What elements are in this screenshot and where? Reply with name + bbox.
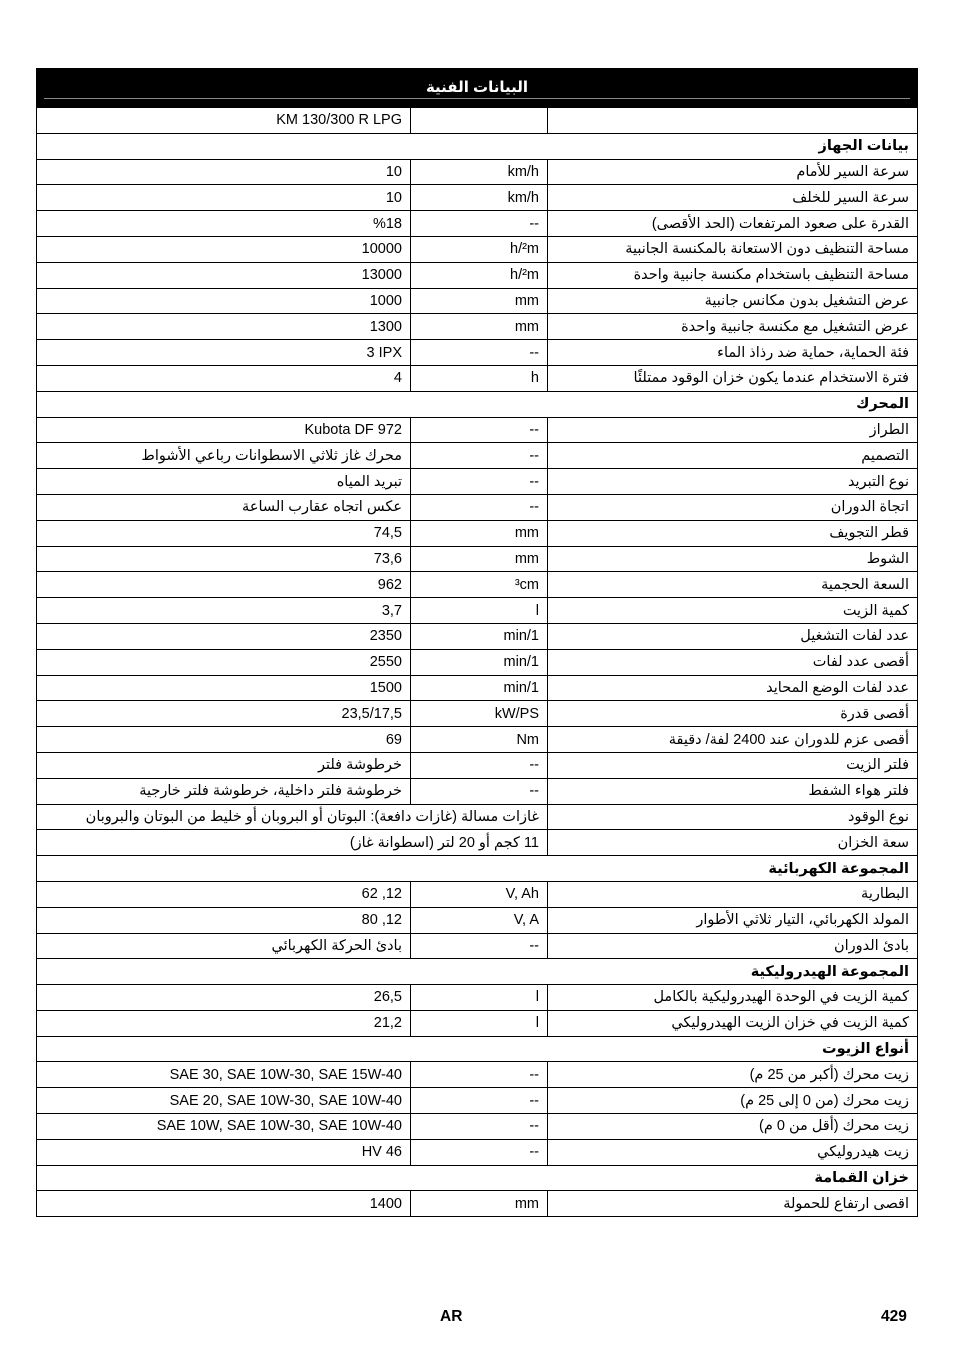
spec-value: 4 <box>37 365 411 391</box>
spec-label: اتجاة الدوران <box>548 494 918 520</box>
spec-label: البطارية <box>548 881 918 907</box>
spec-label: القدرة على صعود المرتفعات (الحد الأقصى) <box>548 211 918 237</box>
spec-row: HV 46--زيت هيدروليكي <box>37 1139 918 1165</box>
spec-label: زيت محرك (من 0 إلى 25 م) <box>548 1088 918 1114</box>
spec-row: 21,2lكمية الزيت في خزان الزيت الهيدروليك… <box>37 1010 918 1036</box>
technical-data-sheet: البيانات الفنية KM 130/300 R LPG بيانات … <box>36 68 918 1217</box>
spec-row: %18--القدرة على صعود المرتفعات (الحد الأ… <box>37 211 918 237</box>
section-title: أنواع الزيوت <box>37 1036 918 1062</box>
model-label <box>548 108 918 134</box>
spec-unit: Nm <box>411 727 548 753</box>
spec-unit: l <box>411 985 548 1011</box>
spec-value: خرطوشة فلتر داخلية، خرطوشة فلتر خارجية <box>37 778 411 804</box>
spec-label: السعة الحجمية <box>548 572 918 598</box>
spec-label: عرض التشغيل مع مكنسة جانبية واحدة <box>548 314 918 340</box>
spec-unit: l <box>411 598 548 624</box>
spec-value: 3 IPX <box>37 340 411 366</box>
spec-value: 1400 <box>37 1191 411 1217</box>
spec-row: 26,5lكمية الزيت في الوحدة الهيدروليكية ب… <box>37 985 918 1011</box>
spec-row: 11 كجم أو 20 لتر (اسطوانة غاز)سعة الخزان <box>37 830 918 856</box>
spec-value: SAE 10W, SAE 10W-30, SAE 10W-40 <box>37 1114 411 1140</box>
spec-row: 73,6mmالشوط <box>37 546 918 572</box>
spec-unit: mm <box>411 546 548 572</box>
spec-row: 23,5/17,5kW/PSأقصى قدرة <box>37 701 918 727</box>
section-header-row: خزان القمامة <box>37 1165 918 1191</box>
section-header-row: المحرك <box>37 391 918 417</box>
spec-unit: ³cm <box>411 572 548 598</box>
spec-value: تبريد المياه <box>37 469 411 495</box>
section-header-row: أنواع الزيوت <box>37 1036 918 1062</box>
spec-row: 2350min/1عدد لفات التشغيل <box>37 623 918 649</box>
spec-unit: mm <box>411 1191 548 1217</box>
spec-label: كمية الزيت في الوحدة الهيدروليكية بالكام… <box>548 985 918 1011</box>
spec-label: زيت محرك (أقل من 0 م) <box>548 1114 918 1140</box>
spec-value: 1300 <box>37 314 411 340</box>
spec-value: SAE 30, SAE 10W-30, SAE 15W-40 <box>37 1062 411 1088</box>
spec-label: فئة الحماية، حماية ضد رذاذ الماء <box>548 340 918 366</box>
spec-label: الطراز <box>548 417 918 443</box>
spec-unit: -- <box>411 443 548 469</box>
spec-value: محرك غاز ثلاثي الاسطوانات رباعي الأشواط <box>37 443 411 469</box>
spec-label: مساحة التنظيف باستخدام مكنسة جانبية واحد… <box>548 262 918 288</box>
spec-value: 26,5 <box>37 985 411 1011</box>
spec-value: بادئ الحركة الكهربائي <box>37 933 411 959</box>
spec-label: الشوط <box>548 546 918 572</box>
spec-unit: h/²m <box>411 262 548 288</box>
spec-label: التصميم <box>548 443 918 469</box>
spec-label: نوع التبريد <box>548 469 918 495</box>
table-title-band: البيانات الفنية <box>36 68 918 107</box>
table-title: البيانات الفنية <box>36 78 918 96</box>
spec-value: 3,7 <box>37 598 411 624</box>
spec-value: عكس اتجاه عقارب الساعة <box>37 494 411 520</box>
spec-unit: -- <box>411 469 548 495</box>
title-divider <box>44 98 910 99</box>
spec-unit: mm <box>411 314 548 340</box>
spec-label: عدد لفات التشغيل <box>548 623 918 649</box>
spec-row: 74,5mmقطر التجويف <box>37 520 918 546</box>
spec-value: HV 46 <box>37 1139 411 1165</box>
spec-unit: h <box>411 365 548 391</box>
spec-row: 1500min/1عدد لفات الوضع المحايد <box>37 675 918 701</box>
spec-value: 80 ,12 <box>37 907 411 933</box>
spec-row: 10km/hسرعة السير للأمام <box>37 159 918 185</box>
spec-label: سرعة السير للخلف <box>548 185 918 211</box>
footer-language: AR <box>440 1308 462 1326</box>
spec-label: كمية الزيت <box>548 598 918 624</box>
spec-label: زيت محرك (أكبر من 25 م) <box>548 1062 918 1088</box>
spec-value: 69 <box>37 727 411 753</box>
spec-row: 1300mmعرض التشغيل مع مكنسة جانبية واحدة <box>37 314 918 340</box>
spec-label: مساحة التنظيف دون الاستعانة بالمكنسة الج… <box>548 236 918 262</box>
spec-value: 21,2 <box>37 1010 411 1036</box>
spec-row: خرطوشة فلتر داخلية، خرطوشة فلتر خارجية--… <box>37 778 918 804</box>
spec-label: أقصى عدد لفات <box>548 649 918 675</box>
spec-label: عدد لفات الوضع المحايد <box>548 675 918 701</box>
section-header-row: المجموعة الكهربائية <box>37 856 918 882</box>
spec-unit: -- <box>411 1088 548 1114</box>
spec-value: غازات مسالة (غازات دافعة): البوتان أو ال… <box>37 804 548 830</box>
spec-unit: km/h <box>411 159 548 185</box>
spec-label: بادئ الدوران <box>548 933 918 959</box>
spec-row: تبريد المياه--نوع التبريد <box>37 469 918 495</box>
spec-value: 1500 <box>37 675 411 701</box>
spec-row: 13000h/²mمساحة التنظيف باستخدام مكنسة جا… <box>37 262 918 288</box>
spec-row: 962³cmالسعة الحجمية <box>37 572 918 598</box>
spec-value: 10000 <box>37 236 411 262</box>
spec-label: قطر التجويف <box>548 520 918 546</box>
spec-row: خرطوشة فلتر--فلتر الزيت <box>37 752 918 778</box>
spec-row: 69Nmأقصى عزم للدوران عند 2400 لفة/ دقيقة <box>37 727 918 753</box>
spec-value: خرطوشة فلتر <box>37 752 411 778</box>
spec-unit: -- <box>411 494 548 520</box>
spec-unit: min/1 <box>411 675 548 701</box>
spec-value: 1000 <box>37 288 411 314</box>
spec-row: محرك غاز ثلاثي الاسطوانات رباعي الأشواط-… <box>37 443 918 469</box>
spec-row: SAE 30, SAE 10W-30, SAE 15W-40--زيت محرك… <box>37 1062 918 1088</box>
spec-unit: -- <box>411 1114 548 1140</box>
spec-row: بادئ الحركة الكهربائي--بادئ الدوران <box>37 933 918 959</box>
model-row: KM 130/300 R LPG <box>37 108 918 134</box>
spec-unit: min/1 <box>411 623 548 649</box>
spec-label: كمية الزيت في خزان الزيت الهيدروليكي <box>548 1010 918 1036</box>
spec-row: غازات مسالة (غازات دافعة): البوتان أو ال… <box>37 804 918 830</box>
spec-value: 13000 <box>37 262 411 288</box>
spec-row: 10km/hسرعة السير للخلف <box>37 185 918 211</box>
spec-label: فلتر الزيت <box>548 752 918 778</box>
spec-unit: -- <box>411 211 548 237</box>
spec-value: 2550 <box>37 649 411 675</box>
spec-label: أقصى قدرة <box>548 701 918 727</box>
spec-unit: km/h <box>411 185 548 211</box>
spec-row: 10000h/²mمساحة التنظيف دون الاستعانة بال… <box>37 236 918 262</box>
spec-value: 74,5 <box>37 520 411 546</box>
section-title: المحرك <box>37 391 918 417</box>
spec-value: 2350 <box>37 623 411 649</box>
model-unit <box>411 108 548 134</box>
spec-unit: -- <box>411 1139 548 1165</box>
spec-row: 62 ,12V, Ahالبطارية <box>37 881 918 907</box>
spec-label: عرض التشغيل بدون مكانس جانبية <box>548 288 918 314</box>
spec-label: سرعة السير للأمام <box>548 159 918 185</box>
spec-label: فلتر هواء الشفط <box>548 778 918 804</box>
spec-value: 73,6 <box>37 546 411 572</box>
spec-value: 23,5/17,5 <box>37 701 411 727</box>
spec-unit: -- <box>411 752 548 778</box>
spec-row: SAE 10W, SAE 10W-30, SAE 10W-40--زيت محر… <box>37 1114 918 1140</box>
spec-unit: kW/PS <box>411 701 548 727</box>
spec-unit: -- <box>411 1062 548 1088</box>
page-number: 429 <box>881 1308 907 1326</box>
spec-unit: -- <box>411 778 548 804</box>
spec-row: 3 IPX--فئة الحماية، حماية ضد رذاذ الماء <box>37 340 918 366</box>
spec-table: KM 130/300 R LPG بيانات الجهاز10km/hسرعة… <box>36 107 918 1217</box>
model-name: KM 130/300 R LPG <box>37 108 411 134</box>
spec-value: SAE 20, SAE 10W-30, SAE 10W-40 <box>37 1088 411 1114</box>
section-title: بيانات الجهاز <box>37 133 918 159</box>
spec-row: 1000mmعرض التشغيل بدون مكانس جانبية <box>37 288 918 314</box>
spec-label: سعة الخزان <box>548 830 918 856</box>
spec-value: 10 <box>37 159 411 185</box>
spec-value: Kubota DF 972 <box>37 417 411 443</box>
spec-unit: -- <box>411 340 548 366</box>
section-header-row: بيانات الجهاز <box>37 133 918 159</box>
spec-label: أقصى عزم للدوران عند 2400 لفة/ دقيقة <box>548 727 918 753</box>
section-title: المجموعة الهيدروليكية <box>37 959 918 985</box>
spec-unit: l <box>411 1010 548 1036</box>
spec-row: 80 ,12V, Aالمولد الكهربائي، التيار ثلاثي… <box>37 907 918 933</box>
spec-value: 962 <box>37 572 411 598</box>
spec-unit: V, A <box>411 907 548 933</box>
spec-value: 62 ,12 <box>37 881 411 907</box>
spec-label: المولد الكهربائي، التيار ثلاثي الأطوار <box>548 907 918 933</box>
spec-label: نوع الوقود <box>548 804 918 830</box>
spec-row: عكس اتجاه عقارب الساعة--اتجاة الدوران <box>37 494 918 520</box>
spec-unit: mm <box>411 520 548 546</box>
section-header-row: المجموعة الهيدروليكية <box>37 959 918 985</box>
section-title: المجموعة الكهربائية <box>37 856 918 882</box>
spec-value: 10 <box>37 185 411 211</box>
spec-unit: V, Ah <box>411 881 548 907</box>
spec-unit: -- <box>411 417 548 443</box>
spec-value: 11 كجم أو 20 لتر (اسطوانة غاز) <box>37 830 548 856</box>
spec-unit: mm <box>411 288 548 314</box>
spec-row: 4hفترة الاستخدام عندما يكون خزان الوقود … <box>37 365 918 391</box>
spec-label: زيت هيدروليكي <box>548 1139 918 1165</box>
spec-row: 2550min/1أقصى عدد لفات <box>37 649 918 675</box>
spec-unit: min/1 <box>411 649 548 675</box>
spec-row: 3,7lكمية الزيت <box>37 598 918 624</box>
spec-row: SAE 20, SAE 10W-30, SAE 10W-40--زيت محرك… <box>37 1088 918 1114</box>
spec-row: Kubota DF 972--الطراز <box>37 417 918 443</box>
spec-value: %18 <box>37 211 411 237</box>
spec-label: فترة الاستخدام عندما يكون خزان الوقود مم… <box>548 365 918 391</box>
spec-unit: h/²m <box>411 236 548 262</box>
spec-row: 1400mmاقصى ارتفاع للحمولة <box>37 1191 918 1217</box>
spec-label: اقصى ارتفاع للحمولة <box>548 1191 918 1217</box>
spec-unit: -- <box>411 933 548 959</box>
section-title: خزان القمامة <box>37 1165 918 1191</box>
